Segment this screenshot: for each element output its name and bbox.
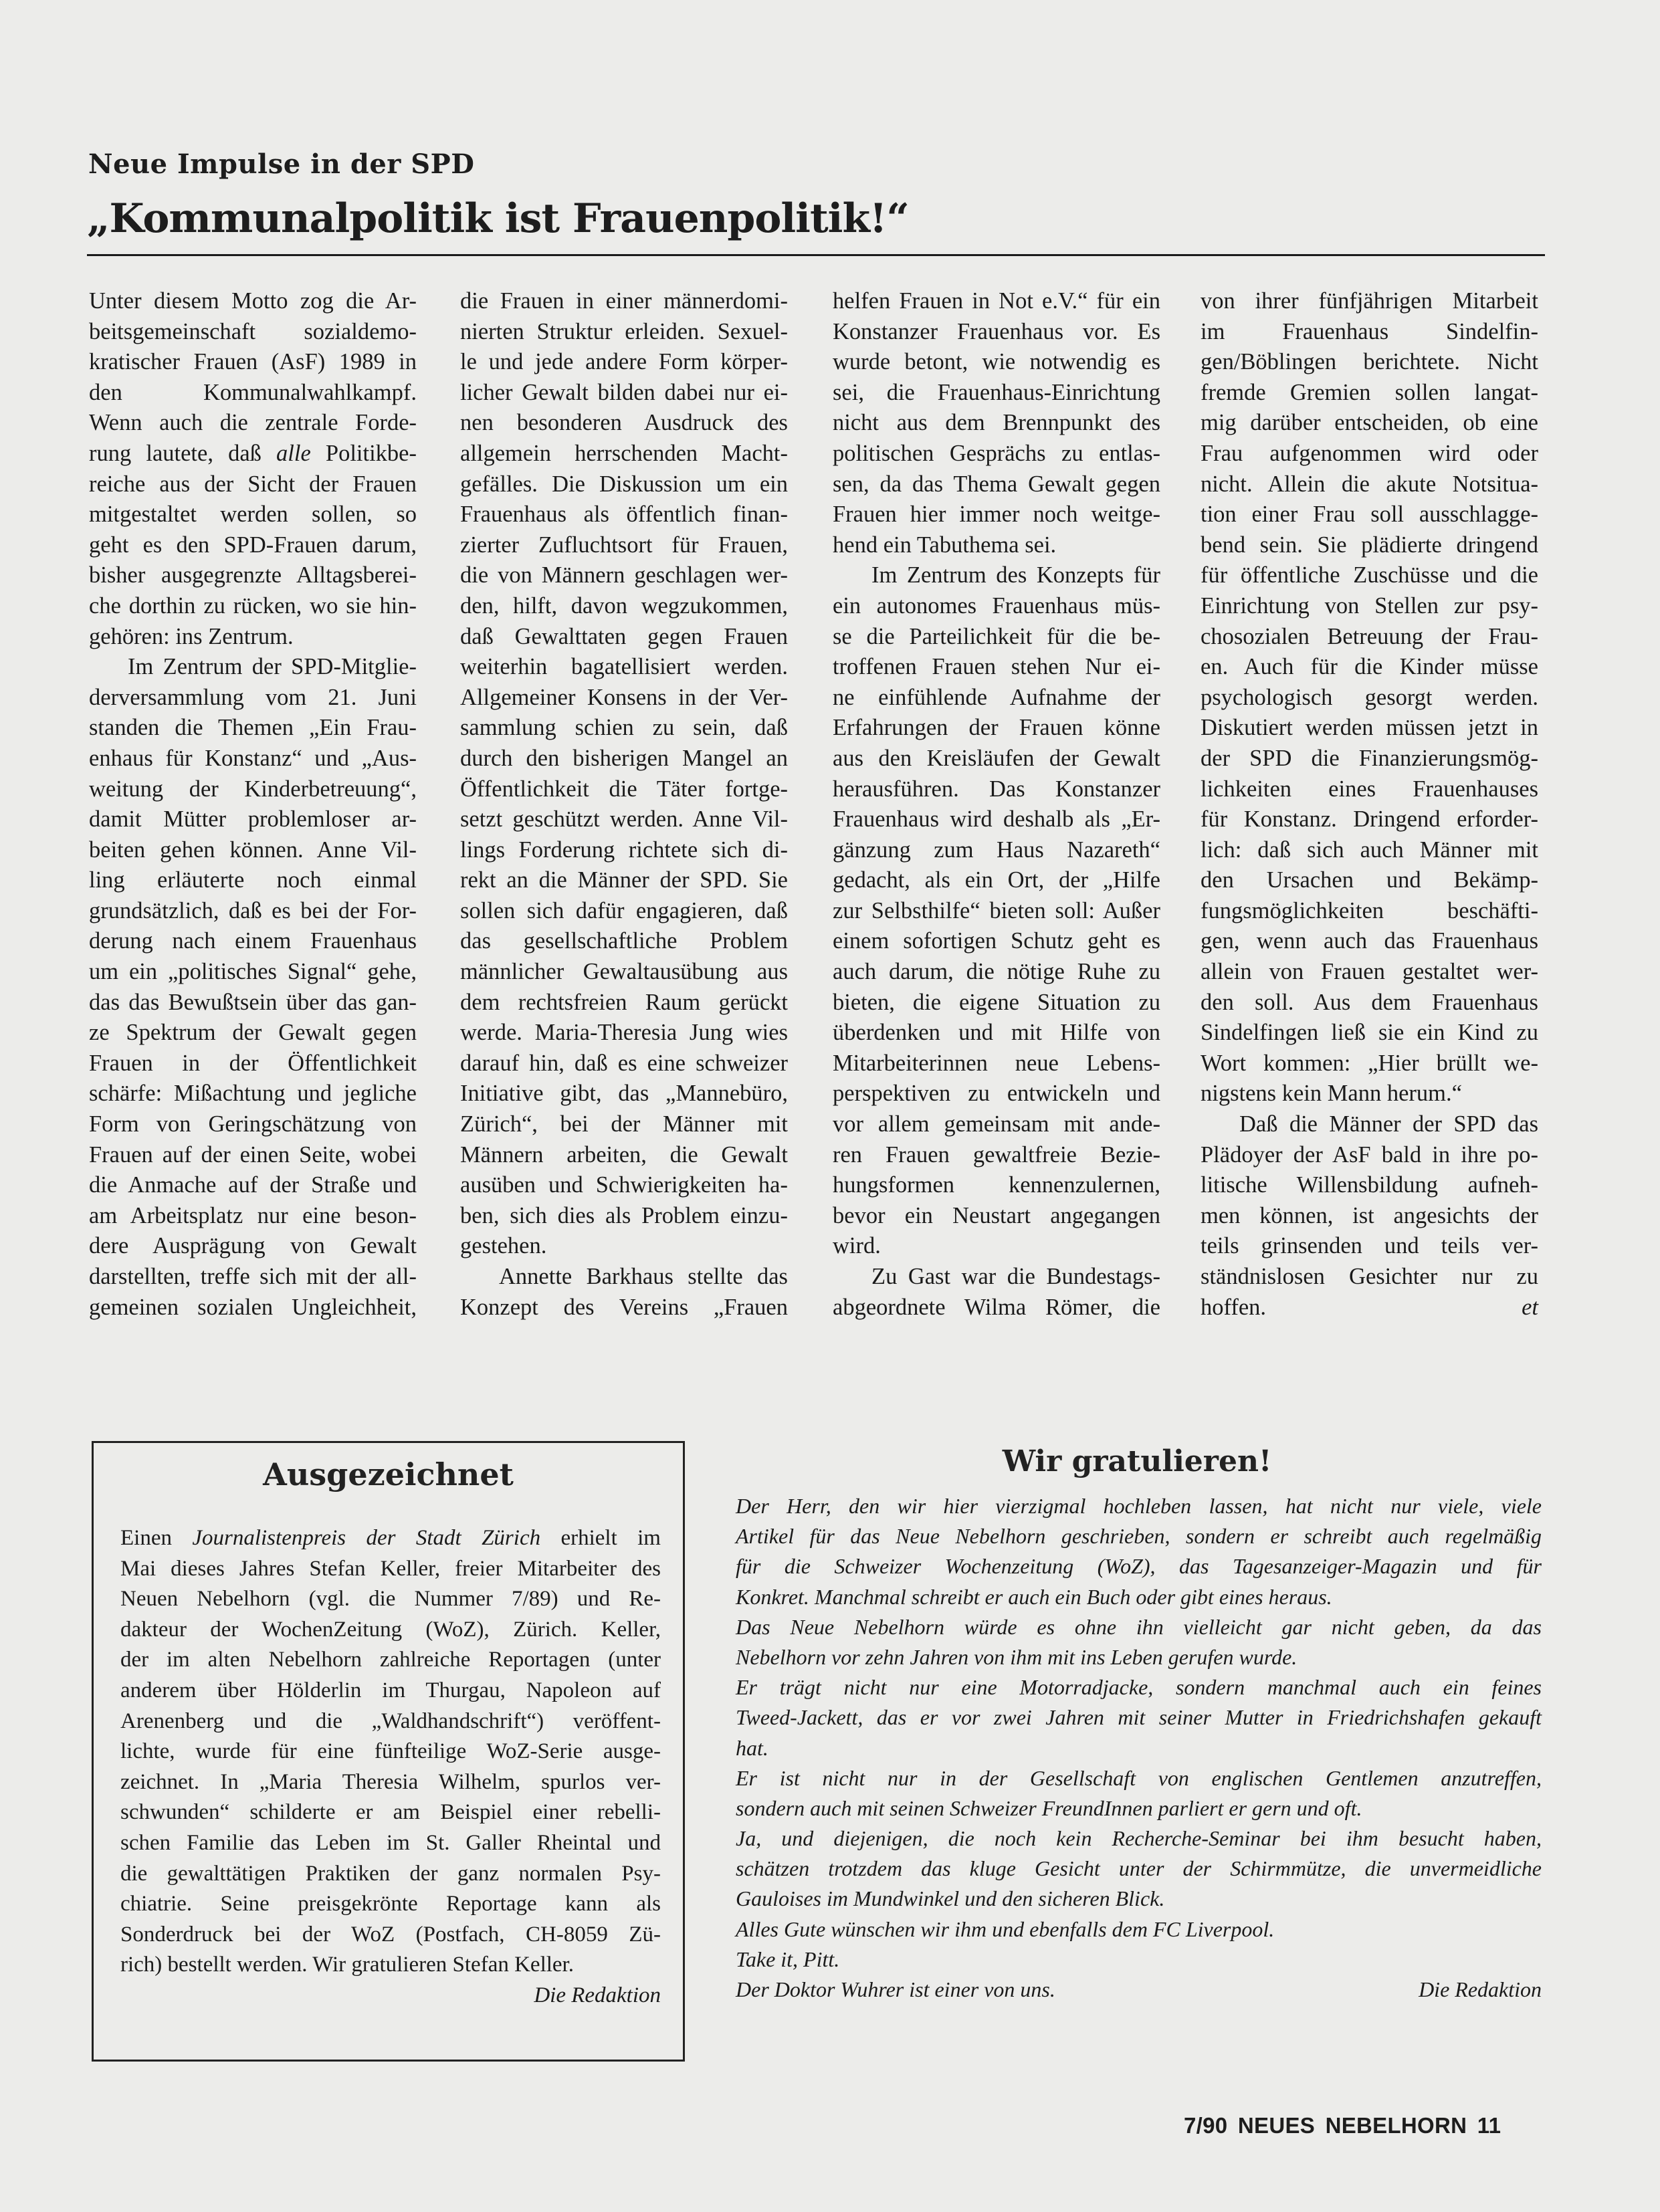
article-line: einem sofortigen Schutz geht es [833, 926, 1160, 957]
article-line: enhaus für Konstanz“ und „Aus- [89, 744, 417, 774]
article-line: nicht. Allein die akute Notsitua- [1201, 469, 1538, 500]
article-column-3: helfen Frauen in Not e.V.“ für einKonsta… [833, 286, 1160, 1323]
article-line: ren Frauen gewaltfreie Bezie- [833, 1140, 1160, 1171]
article-line: vor allem gemeinsam mit ande- [833, 1109, 1160, 1140]
award-line: chiatrie. Seine preisgekrönte Reportage … [120, 1889, 661, 1920]
article-line: Frau aufgenommen wird oder [1201, 439, 1538, 469]
article-line: ständnislosen Gesichter nur zu [1201, 1262, 1538, 1293]
article-line: darstellten, treffe sich mit der all- [89, 1262, 417, 1293]
article-line: lichkeiten eines Frauenhauses [1201, 774, 1538, 805]
article-line: nicht aus dem Brennpunkt des [833, 408, 1160, 439]
article-line: ausüben und Schwierigkeiten ha- [460, 1170, 788, 1201]
article-line: kratischer Frauen (AsF) 1989 in [89, 347, 417, 378]
article-line: sollen sich dafür engagieren, daß [460, 896, 788, 927]
award-line: anderem über Hölderlin im Thurgau, Napol… [120, 1676, 661, 1706]
article-line: perspektiven zu entwickeln und [833, 1079, 1160, 1109]
article-column-1: Unter diesem Motto zog die Ar-beitsgemei… [89, 286, 417, 1323]
article-line: derversammlung vom 21. Juni [89, 683, 417, 713]
article-line: Zu Gast war die Bundestags- [833, 1262, 1160, 1293]
award-line: dakteur der WochenZeitung (WoZ), Zürich.… [120, 1615, 661, 1646]
article-line: von ihrer fünfjährigen Mitarbeit [1201, 286, 1538, 317]
award-line: Sonderdruck bei der WoZ (Postfach, CH-80… [120, 1920, 661, 1951]
article-line: die Frauen in einer männerdomi- [460, 286, 788, 317]
article-kicker: Neue Impulse in der SPD [88, 148, 474, 180]
article-line: weitung der Kinderbetreuung“, [89, 774, 417, 805]
award-box: Ausgezeichnet Einen Journalistenpreis de… [92, 1441, 685, 2062]
article-line: Im Zentrum der SPD-Mitglie- [89, 652, 417, 683]
article-line: gänzung zum Haus Nazareth“ [833, 835, 1160, 866]
congrats-line: für die Schweizer Wochenzeitung (WoZ), d… [736, 1551, 1542, 1581]
award-line: schwunden“ schilderte er am Beispiel ein… [120, 1797, 661, 1828]
article-line: damit Mütter problemloser ar- [89, 804, 417, 835]
article-line: sen, da das Thema Gewalt gegen [833, 469, 1160, 500]
article-line: das das Bewußtsein über das gan- [89, 988, 417, 1018]
congrats-text: Der Herr, den wir hier vierzigmal hochle… [736, 1491, 1542, 1975]
article-line: für Konstanz. Dringend erforder- [1201, 804, 1538, 835]
article-line: lings Forderung richtete sich di- [460, 835, 788, 866]
footer-page-number: 11 [1477, 2113, 1501, 2138]
article-line: chosozialen Betreuung der Frau- [1201, 622, 1538, 653]
award-line: Einen Journalistenpreis der Stadt Zürich… [120, 1523, 661, 1554]
article-line: den Kommunalwahlkampf. [89, 378, 417, 409]
congrats-line: Der Herr, den wir hier vierzigmal hochle… [736, 1491, 1542, 1521]
article-line: fungsmöglichkeiten beschäfti- [1201, 896, 1538, 927]
congrats-line: Gauloises im Mundwinkel und den sicheren… [736, 1884, 1542, 1914]
congrats-line: Take it, Pitt. [736, 1945, 1542, 1975]
article-line: ne einfühlende Aufnahme der [833, 683, 1160, 713]
article-line: nigstens kein Mann herum.“ [1201, 1079, 1538, 1109]
article-line: durch den bisherigen Mangel an [460, 744, 788, 774]
award-box-title: Ausgezeichnet [94, 1456, 683, 1492]
article-line: gen/Böblingen berichtete. Nicht [1201, 347, 1538, 378]
article-line: Initiative gibt, das „Mannebüro, [460, 1079, 788, 1109]
article-line: setzt geschützt werden. Anne Vil- [460, 804, 788, 835]
article-line: ben, sich dies als Problem einzu- [460, 1201, 788, 1232]
article-line: für öffentliche Zuschüsse und die [1201, 560, 1538, 591]
article-line: sammlung schien zu sein, daß [460, 713, 788, 744]
article-line: männlicher Gewaltausübung aus [460, 957, 788, 988]
article-line: gen, wenn auch das Frauenhaus [1201, 926, 1538, 957]
article-line: am Arbeitsplatz nur eine beson- [89, 1201, 417, 1232]
award-box-signature: Die Redaktion [120, 1981, 661, 2011]
article-line: tion einer Frau soll ausschlagge- [1201, 500, 1538, 530]
congrats-body: Der Herr, den wir hier vierzigmal hochle… [736, 1491, 1542, 2005]
article-line: ze Spektrum der Gewalt gegen [89, 1018, 417, 1048]
author-initials: et [1522, 1293, 1538, 1323]
award-line: Arenenberg und die „Waldhandschrift“) ve… [120, 1706, 661, 1737]
article-line: fremde Gremien sollen langat- [1201, 378, 1538, 409]
article-line: sei, die Frauenhaus-Einrichtung [833, 378, 1160, 409]
article-line: dere Ausprägung von Gewalt [89, 1231, 417, 1262]
article-line: hoffen.et [1201, 1293, 1538, 1323]
article-line: das gesellschaftliche Problem [460, 926, 788, 957]
article-line: um ein „politisches Signal“ gehe, [89, 957, 417, 988]
award-line: lichte, wurde für eine fünfteilige WoZ-S… [120, 1737, 661, 1767]
article-line: schärfe: Mißachtung und jegliche [89, 1079, 417, 1109]
congrats-line: Tweed-Jackett, das er vor zwei Jahren mi… [736, 1702, 1542, 1733]
article-line: allgemein herrschenden Macht- [460, 439, 788, 469]
article-line: Zürich“, bei der Männer mit [460, 1109, 788, 1140]
article-line: Erfahrungen der Frauen könne [833, 713, 1160, 744]
article-line: licher Gewalt bilden dabei nur ei- [460, 378, 788, 409]
article-line: bisher ausgegrenzte Alltagsberei- [89, 560, 417, 591]
article-line: Frauen in der Öffentlichkeit [89, 1048, 417, 1079]
congrats-line: Artikel für das Neue Nebelhorn geschrieb… [736, 1521, 1542, 1551]
award-box-body: Einen Journalistenpreis der Stadt Zürich… [120, 1523, 661, 2011]
article-line: weiterhin bagatellisiert werden. [460, 652, 788, 683]
article-line: hend ein Tabuthema sei. [833, 530, 1160, 561]
article-line: abgeordnete Wilma Römer, die [833, 1293, 1160, 1323]
article-line: Öffentlichkeit die Täter fortge- [460, 774, 788, 805]
congrats-line: Alles Gute wünschen wir ihm und ebenfall… [736, 1914, 1542, 1945]
article-line: Frauen auf der einen Seite, wobei [89, 1140, 417, 1171]
article-line: teils grinsenden und teils ver- [1201, 1231, 1538, 1262]
article-line: psychologisch gesorgt werden. [1201, 683, 1538, 713]
article-line: wird. [833, 1231, 1160, 1262]
award-line: rich) bestellt werden. Wir gratulieren S… [120, 1950, 661, 1981]
article-line: derung nach einem Frauenhaus [89, 926, 417, 957]
congrats-line: Konkret. Manchmal schreibt er auch ein B… [736, 1582, 1542, 1612]
award-line: schen Familie das Leben im St. Galler Rh… [120, 1828, 661, 1859]
article-line: der SPD die Finanzierungsmög- [1201, 744, 1538, 774]
article-line: lich: daß sich auch Männer mit [1201, 835, 1538, 866]
article-column-4: von ihrer fünfjährigen Mitarbeitim Fraue… [1201, 286, 1538, 1323]
award-line: zeichnet. In „Maria Theresia Wilhelm, sp… [120, 1767, 661, 1798]
article-line: le und jede andere Form körper- [460, 347, 788, 378]
article-line: politischen Gesprächs zu entlas- [833, 439, 1160, 469]
congrats-line: hat. [736, 1733, 1542, 1763]
article-column-2: die Frauen in einer männerdomi-nierten S… [460, 286, 788, 1323]
article-line: wurde betont, wie notwendig es [833, 347, 1160, 378]
article-line: Frauenhaus als öffentlich finan- [460, 500, 788, 530]
article-line: Unter diesem Motto zog die Ar- [89, 286, 417, 317]
congrats-line: Das Neue Nebelhorn würde es ohne ihn vie… [736, 1612, 1542, 1642]
article-line: nierten Struktur erleiden. Sexuel- [460, 317, 788, 348]
award-line: Mai dieses Jahres Stefan Keller, freier … [120, 1554, 661, 1585]
article-line: überdenken und mit Hilfe von [833, 1018, 1160, 1048]
article-line: Frauenhaus wird deshalb als „Er- [833, 804, 1160, 835]
award-line: die gewalttätigen Praktiken der ganz nor… [120, 1859, 661, 1890]
article-line: im Frauenhaus Sindelfin- [1201, 317, 1538, 348]
article-line: Form von Geringschätzung von [89, 1109, 417, 1140]
article-line: den Ursachen und Bekämp- [1201, 865, 1538, 896]
award-box-text: Einen Journalistenpreis der Stadt Zürich… [120, 1523, 661, 1981]
congrats-signoff-row: Der Doktor Wuhrer ist einer von uns. Die… [736, 1975, 1542, 2005]
footer-magazine: NEUES NEBELHORN [1238, 2113, 1467, 2138]
article-line: mitgestaltet werden sollen, so [89, 500, 417, 530]
article-line: dem rechtsfreien Raum gerückt [460, 988, 788, 1018]
article-line: werde. Maria-Theresia Jung wies [460, 1018, 788, 1048]
article-line: gemeinen sozialen Ungleichheit, [89, 1293, 417, 1323]
article-headline: „Kommunalpolitik ist Frauenpolitik!“ [87, 195, 909, 242]
article-line: troffenen Frauen stehen Nur ei- [833, 652, 1160, 683]
article-line: en. Auch für die Kinder müsse [1201, 652, 1538, 683]
article-line: zierter Zufluchtsort für Frauen, [460, 530, 788, 561]
article-line: daß Gewalttaten gegen Frauen [460, 622, 788, 653]
congrats-line: Ja, und diejenigen, die noch kein Recher… [736, 1823, 1542, 1854]
article-line: Konstanzer Frauenhaus vor. Es [833, 317, 1160, 348]
page-footer: 7/90 NEUES NEBELHORN 11 [1184, 2113, 1501, 2138]
congrats-line: Er ist nicht nur in der Gesellschaft von… [736, 1763, 1542, 1793]
article-line: ein autonomes Frauenhaus müs- [833, 591, 1160, 622]
article-line: gedacht, als ein Ort, der „Hilfe [833, 865, 1160, 896]
article-line: gehören: ins Zentrum. [89, 622, 417, 653]
article-line: litische Willensbildung aufneh- [1201, 1170, 1538, 1201]
article-line: den, hilft, davon wegzukommen, [460, 591, 788, 622]
congrats-line: Nebelhorn vor zehn Jahren von ihm mit in… [736, 1642, 1542, 1672]
article-line: die Anmache auf der Straße und [89, 1170, 417, 1201]
article-line: men können, ist angesichts der [1201, 1201, 1538, 1232]
article-line: beiten gehen können. Anne Vil- [89, 835, 417, 866]
article-line: Diskutiert werden müssen jetzt in [1201, 713, 1538, 744]
article-line: standen die Themen „Ein Frau- [89, 713, 417, 744]
article-line: auch darum, die nötige Ruhe zu [833, 957, 1160, 988]
article-line: Wort kommen: „Hier brüllt we- [1201, 1048, 1538, 1079]
article-line: allein von Frauen gestaltet wer- [1201, 957, 1538, 988]
article-line: Wenn auch die zentrale Forde- [89, 408, 417, 439]
article-line: mig darüber entscheiden, ob eine [1201, 408, 1538, 439]
article-line: beitsgemeinschaft sozialdemo- [89, 317, 417, 348]
article-line: rung lautete, daß alle Politikbe- [89, 439, 417, 469]
congrats-line: Er trägt nicht nur eine Motorradjacke, s… [736, 1672, 1542, 1702]
article-line: geht es den SPD-Frauen darum, [89, 530, 417, 561]
article-line: aus den Kreisläufen der Gewalt [833, 744, 1160, 774]
article-line: bend sein. Sie plädierte dringend [1201, 530, 1538, 561]
article-line: gefälles. Die Diskussion um ein [460, 469, 788, 500]
congrats-title: Wir gratulieren! [729, 1444, 1545, 1478]
article-line: bieten, die eigene Situation zu [833, 988, 1160, 1018]
congrats-final-line: Der Doktor Wuhrer ist einer von uns. [736, 1975, 1055, 2005]
article-line: darauf hin, daß es eine schweizer [460, 1048, 788, 1079]
award-line: Neuen Nebelhorn (vgl. die Nummer 7/89) u… [120, 1584, 661, 1615]
article-line: Allgemeiner Konsens in der Ver- [460, 683, 788, 713]
award-line: der im alten Nebelhorn zahlreiche Report… [120, 1645, 661, 1676]
congrats-line: schätzen trotzdem das kluge Gesicht unte… [736, 1854, 1542, 1884]
article-line: Konzept des Vereins „Frauen [460, 1293, 788, 1323]
article-line: hungsformen kennenzulernen, [833, 1170, 1160, 1201]
article-line: Plädoyer der AsF bald in ihre po- [1201, 1140, 1538, 1171]
article-line: grundsätzlich, daß es bei der For- [89, 896, 417, 927]
article-line: Frauen hier immer noch weitge- [833, 500, 1160, 530]
article-line: Im Zentrum des Konzepts für [833, 560, 1160, 591]
article-line: herausführen. Das Konstanzer [833, 774, 1160, 805]
headline-rule [87, 254, 1545, 256]
article-line: rekt an die Männer der SPD. Sie [460, 865, 788, 896]
article-line: se die Parteilichkeit für die be- [833, 622, 1160, 653]
article-line: ling erläuterte noch einmal [89, 865, 417, 896]
article-line: den soll. Aus dem Frauenhaus [1201, 988, 1538, 1018]
article-line: die von Männern geschlagen wer- [460, 560, 788, 591]
article-line: che dorthin zu rücken, wo sie hin- [89, 591, 417, 622]
article-line: nen besonderen Ausdruck des [460, 408, 788, 439]
article-line: helfen Frauen in Not e.V.“ für ein [833, 286, 1160, 317]
article-line: Einrichtung von Stellen zur psy- [1201, 591, 1538, 622]
congrats-signature: Die Redaktion [1419, 1975, 1542, 2005]
article-line: Annette Barkhaus stellte das [460, 1262, 788, 1293]
congrats-line: sondern auch mit seinen Schweizer Freund… [736, 1793, 1542, 1823]
article-line: Sindelfingen ließ sie ein Kind zu [1201, 1018, 1538, 1048]
article-line: gestehen. [460, 1231, 788, 1262]
article-line: bevor ein Neustart angegangen [833, 1201, 1160, 1232]
article-line: Daß die Männer der SPD das [1201, 1109, 1538, 1140]
article-line: Männern arbeiten, die Gewalt [460, 1140, 788, 1171]
footer-issue: 7/90 [1184, 2113, 1227, 2138]
article-line: zur Selbsthilfe“ bieten soll: Außer [833, 896, 1160, 927]
article-line: reiche aus der Sicht der Frauen [89, 469, 417, 500]
article-line: Mitarbeiterinnen neue Lebens- [833, 1048, 1160, 1079]
